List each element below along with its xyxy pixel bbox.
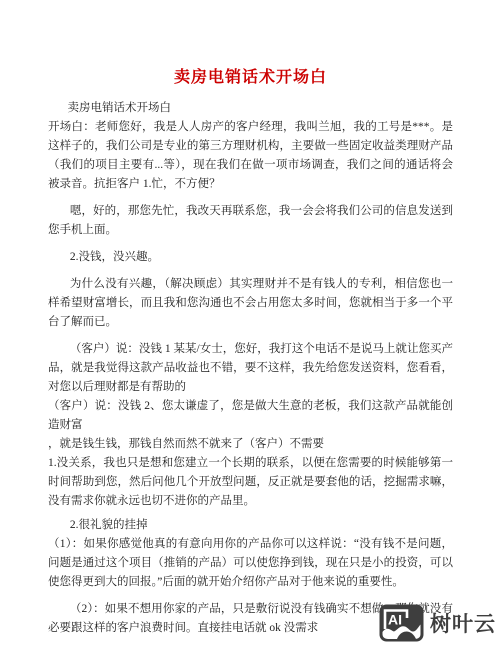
paragraph-tip-1: （1）：如果你感觉他真的有意向用你的产品你可以这样说：“没有钱不是问题，问题是通… — [48, 535, 453, 592]
paragraph-polite-hangup: 2.很礼貌的挂掉 — [48, 516, 453, 535]
ai-image-logo-icon: AI — [379, 604, 424, 642]
document-page: 卖房电销话术开场白 卖房电销话术开场白 开场白：老师您好，我是人人房产的客户经理… — [0, 0, 500, 647]
paragraph-no-money-head: 2.没钱，没兴趣。 — [48, 248, 453, 267]
paragraph-busy-reply: 嗯，好的，那您先忙，我改天再联系您，我一会会将我们公司的信息发送到您手机上面。 — [48, 202, 453, 240]
paragraph-opening: 开场白：老师您好，我是人人房产的客户经理，我叫兰旭，我的工号是***。是这样子的… — [48, 118, 453, 194]
page-subtitle: 卖房电销话术开场白 — [48, 99, 453, 118]
watermark-brand-name: 树叶云 — [430, 608, 496, 638]
watermark: AI 树叶云 — [379, 604, 496, 642]
paragraph-client-reply-2: （客户）说：没钱 2、您太谦虚了，您是做大生意的老板，我们这款产品就能创造财富 … — [48, 397, 453, 454]
page-title: 卖房电销话术开场白 — [48, 64, 453, 87]
svg-text:AI: AI — [388, 612, 402, 628]
paragraph-no-need: 1.没关系，我也只是想和您建立一个长期的联系，以便在您需要的时候能够第一时间帮助… — [48, 454, 453, 511]
paragraph-client-reply-1: （客户）说：没钱 1 某某/女士，您好，我打这个电话不是说马上就让您买产品，就是… — [48, 340, 453, 397]
paragraph-why-no-interest: 为什么没有兴趣，（解决顾虑）其实理财并不是有钱人的专利，相信您也一样希望财富增长… — [48, 275, 453, 332]
